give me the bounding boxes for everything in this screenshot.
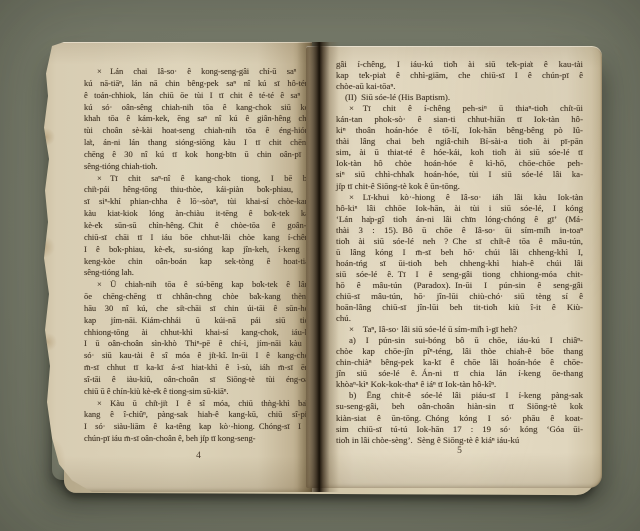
text-line: la̍t, án-ni lán thang sióng-siōng kàu I … bbox=[84, 137, 313, 149]
right-page-text: gâi í-chêng, I iáu-kú tio̍h ài siū te̍k-… bbox=[336, 59, 583, 446]
text-line: sî-tāi ê iàu-kiû, oân-choân sī Siōng-tè … bbox=[84, 374, 313, 386]
paragraph: (II) Siū sóe-lé (His Baptism). bbox=[336, 92, 583, 103]
text-line: × Lī-khui kò·-hiong ê Iâ-so· iáh lâi kàu… bbox=[336, 192, 583, 203]
text-line: kiàn-siat ê ūn-tōng. Chóng kóng I só· ph… bbox=[336, 413, 583, 424]
text-line: kap jím-nāi. Kiám-chhái ū kúi-nā pái siū… bbox=[84, 315, 313, 327]
text-line: chin-chiàⁿ bêng-pek ka-kī ê chōe lâi hoá… bbox=[336, 357, 583, 368]
text-line: × Kàu ū chi̍t-ji̍t I ê sî móa, chiū thǹg… bbox=[84, 398, 313, 410]
text-line: chú. bbox=[336, 313, 583, 324]
text-line: só· siū kau-tài ê sî móa ê ji̍t-kî. In-ū… bbox=[84, 350, 313, 362]
paragraph: gâi í-chêng, I iáu-kú tio̍h ài siū te̍k-… bbox=[336, 59, 583, 92]
paragraph: × Tī chit saⁿ-nî ê kang-chok tiong, I bē… bbox=[84, 173, 313, 280]
text-line: hoān-lâng chiū-sī jîn-lūi beh tit-tio̍h … bbox=[336, 302, 583, 313]
paragraph: × Lī-khui kò·-hiong ê Iâ-so· iáh lâi kàu… bbox=[336, 192, 583, 325]
text-line: × Tī chit ê í-chêng peh-siⁿ ū thiaⁿ-tio̍… bbox=[336, 103, 583, 114]
text-line: Iok-tàn hô chòe hoán-hóe ê kì-hō, chōe-c… bbox=[336, 158, 583, 169]
text-line: kú nā-tiāⁿ, lán nā chin bêng-pek saⁿ nî … bbox=[84, 78, 313, 90]
left-page-text: × Lán chai Iâ-so· ê kong-seng-gâi chí-ū … bbox=[84, 66, 313, 445]
text-line: khah tōa ê kám-kek, ēng saⁿ nî kú ê giân… bbox=[84, 113, 313, 125]
text-line: hoán-tńg sī ūi-tio̍h beh chheng-khì hiah… bbox=[336, 258, 583, 269]
text-line: ‘Lán ha̍p-gî tio̍h án-ni lâi chīn lóng-c… bbox=[336, 214, 583, 225]
text-line: tùi choân sè-kài hoat-seng chiah-nih tōa… bbox=[84, 125, 313, 137]
text-line: chhiong-tōng ài chhut-khì khai-sí kang-c… bbox=[84, 327, 313, 339]
text-line: jîn siū sóe-lé ê. Án-ni tī chia lán í-ke… bbox=[336, 368, 583, 379]
text-line: chiū ū ê chín-kiù kè-e̍k ê tiong-sim sū-… bbox=[84, 386, 313, 398]
text-line: siū sóe-lé ê. Tī I ê seng-gâi tiong chhi… bbox=[336, 269, 583, 280]
text-line: sim, ài ū thiat-té ê hóe-kái, koh tio̍h … bbox=[336, 147, 583, 158]
text-line: chiū-sī chāi tī I iáu bōe chhut-lâi chòe… bbox=[84, 232, 313, 244]
paragraph: × Tī chit ê í-chêng peh-siⁿ ū thiaⁿ-tio̍… bbox=[336, 103, 583, 191]
text-line: × Lán chai Iâ-so· ê kong-seng-gâi chí-ū … bbox=[84, 66, 313, 78]
paragraph: × Taⁿ, Iâ-so· lâi siū sóe-lé ū sím-mi̍h … bbox=[336, 324, 583, 335]
text-line: hô-kiⁿ lâi chhōe Iok-hān, ài tùi i siū s… bbox=[336, 203, 583, 214]
paragraph: b) Ēng chit-ê sóe-lé lâi piáu-sī I í-ken… bbox=[336, 390, 583, 445]
text-line: thài lâng chai beh ngiâ-chih Bí-sài-a ti… bbox=[336, 136, 583, 147]
text-line: tio̍h in lâi chòe-sèng’. Sèng ê Siōng-tè… bbox=[336, 435, 583, 446]
text-line: su-seng-gâi, beh oân-choân hiàn-sin tī S… bbox=[336, 401, 583, 412]
text-line: ū lâng kóng I m̄-sī beh hō· chúi lâi chh… bbox=[336, 247, 583, 258]
text-line: kang ê î-chiûⁿ, pàng-sak hiah-ê kang-kū,… bbox=[84, 409, 313, 421]
text-line: sī siⁿ-khí phian-chha ê lō·-sòaⁿ, tùi kh… bbox=[84, 196, 313, 208]
text-line: sêng-tióng lah. bbox=[84, 267, 313, 279]
text-line: chún-pī iáu m̄-sī oân-choân ê, beh ji̍p … bbox=[84, 433, 313, 445]
photo-scene: × Lán chai Iâ-so· ê kong-seng-gâi chí-ū … bbox=[0, 0, 640, 531]
paragraph: × Kàu ū chi̍t-ji̍t I ê sî móa, chiū thǹg… bbox=[84, 398, 313, 445]
text-line: hāu 30 nî kú, che si̍t-chāi sī chin úi-t… bbox=[84, 303, 313, 315]
text-line: I só· siàu-liām ê ka-têng kap kò·-hiong.… bbox=[84, 421, 313, 433]
text-line: m̄-sī chhut tī ka-kī á-sī hiat-khì ê ì-s… bbox=[84, 362, 313, 374]
text-line: keng-kòe chin oân-boán kap sek-tòng ê ho… bbox=[84, 256, 313, 268]
text-line: kú só· oân-sêng chiah-nih tōa ê kang-cho… bbox=[84, 102, 313, 114]
text-line: siⁿ siū chhì-chha̍k hoán-hóe, tùi I siū … bbox=[336, 169, 583, 180]
text-line: b) Ēng chit-ê sóe-lé lâi piáu-sī I í-ken… bbox=[336, 390, 583, 401]
text-line: × Tī chit saⁿ-nî ê kang-chok tiong, I bē… bbox=[84, 173, 313, 185]
paragraph: a) I pún-sin sui-bóng bô ū chōe, iáu-kú … bbox=[336, 335, 583, 390]
text-line: ê toán-chhiok, lán chiū ōe tùi I tī chit… bbox=[84, 90, 313, 102]
left-page: × Lán chai Iâ-so· ê kong-seng-gâi chí-ū … bbox=[40, 42, 312, 492]
text-line: kiⁿ thoân hoán-hóe ê tō-lí, Iok-hān bêng… bbox=[336, 125, 583, 136]
text-line: sim chiū-sī tú-tú Iok-hān 17 : 19 só· kó… bbox=[336, 424, 583, 435]
text-line: chòe-aū kai-tōaⁿ. bbox=[336, 81, 583, 92]
text-line: a) I pún-sin sui-bóng bô ū chōe, iáu-kú … bbox=[336, 335, 583, 346]
text-line: kán-tan phok-sò· ê sian-ti chhut-hiān tī… bbox=[336, 114, 583, 125]
text-line: (II) Siū sóe-lé (His Baptism). bbox=[336, 92, 583, 103]
text-line: kap te̍k-pia̍t ê chhì-giām, che chiū-sī … bbox=[336, 70, 583, 81]
right-page-number: 5 bbox=[336, 446, 583, 456]
paragraph: × Ū chiah-nih tōa ê sú-bēng kap bo̍k-tek… bbox=[84, 279, 313, 397]
text-line: kàu kiat-kiok lóng àn-chiàu it-tēng ê bo… bbox=[84, 208, 313, 220]
text-line: ōe chēng-chēng tī chhân-chng chòe ba̍k-k… bbox=[84, 291, 313, 303]
text-line: sêng-tióng chiah-tio̍h. bbox=[84, 161, 313, 173]
text-line: kè-e̍k sūn-sū chìn-hêng. Chit ê chòe-tōa… bbox=[84, 220, 313, 232]
text-line: gâi í-chêng, I iáu-kú tio̍h ài siū te̍k-… bbox=[336, 59, 583, 70]
text-line: tio̍h ài siū sóe-lé neh ? Che sī chi̍t-ê… bbox=[336, 236, 583, 247]
left-page-number: 4 bbox=[84, 451, 313, 461]
text-line: I ū oân-choân sìn-khò Thiⁿ-pē ê chí-ì, j… bbox=[84, 338, 313, 350]
text-line: × Taⁿ, Iâ-so· lâi siū sóe-lé ū sím-mi̍h … bbox=[336, 324, 583, 335]
text-line: chòe kap chōe-jîn pîⁿ-téng, lâi thòe chi… bbox=[336, 346, 583, 357]
text-line: chi̍t-pái hêng-tōng thiu-thòe, kái-piàn … bbox=[84, 184, 313, 196]
text-line: × Ū chiah-nih tōa ê sú-bēng kap bo̍k-tek… bbox=[84, 279, 313, 291]
text-line: chēng ê 30 nî kú tī kok hong-bīn ū chin … bbox=[84, 149, 313, 161]
text-line: I ê bo̍k-phiau, kè-e̍k, su-sióng kap jîn… bbox=[84, 244, 313, 256]
text-line: thài 3 : 15). Bô ū chōe ê Iâ-so· ūi sím-… bbox=[336, 225, 583, 236]
text-line: khòaⁿ-kìⁿ Kok-kok-thaⁿ ê iáⁿ tī Iok-tàn … bbox=[336, 379, 583, 390]
paragraph: × Lán chai Iâ-so· ê kong-seng-gâi chí-ū … bbox=[84, 66, 313, 173]
right-page: gâi í-chêng, I iáu-kú tio̍h ài siū te̍k-… bbox=[306, 46, 602, 488]
text-line: hō ê mâu-tún (Paradox). In-ūi I pún-sin … bbox=[336, 280, 583, 291]
text-line: ji̍p tī chit-ê Siōng-tè kok ê ūn-tōng. bbox=[336, 181, 583, 192]
text-line: chiū-sī mâu-tún, hō· jîn-lūi chiù-chó· s… bbox=[336, 291, 583, 302]
